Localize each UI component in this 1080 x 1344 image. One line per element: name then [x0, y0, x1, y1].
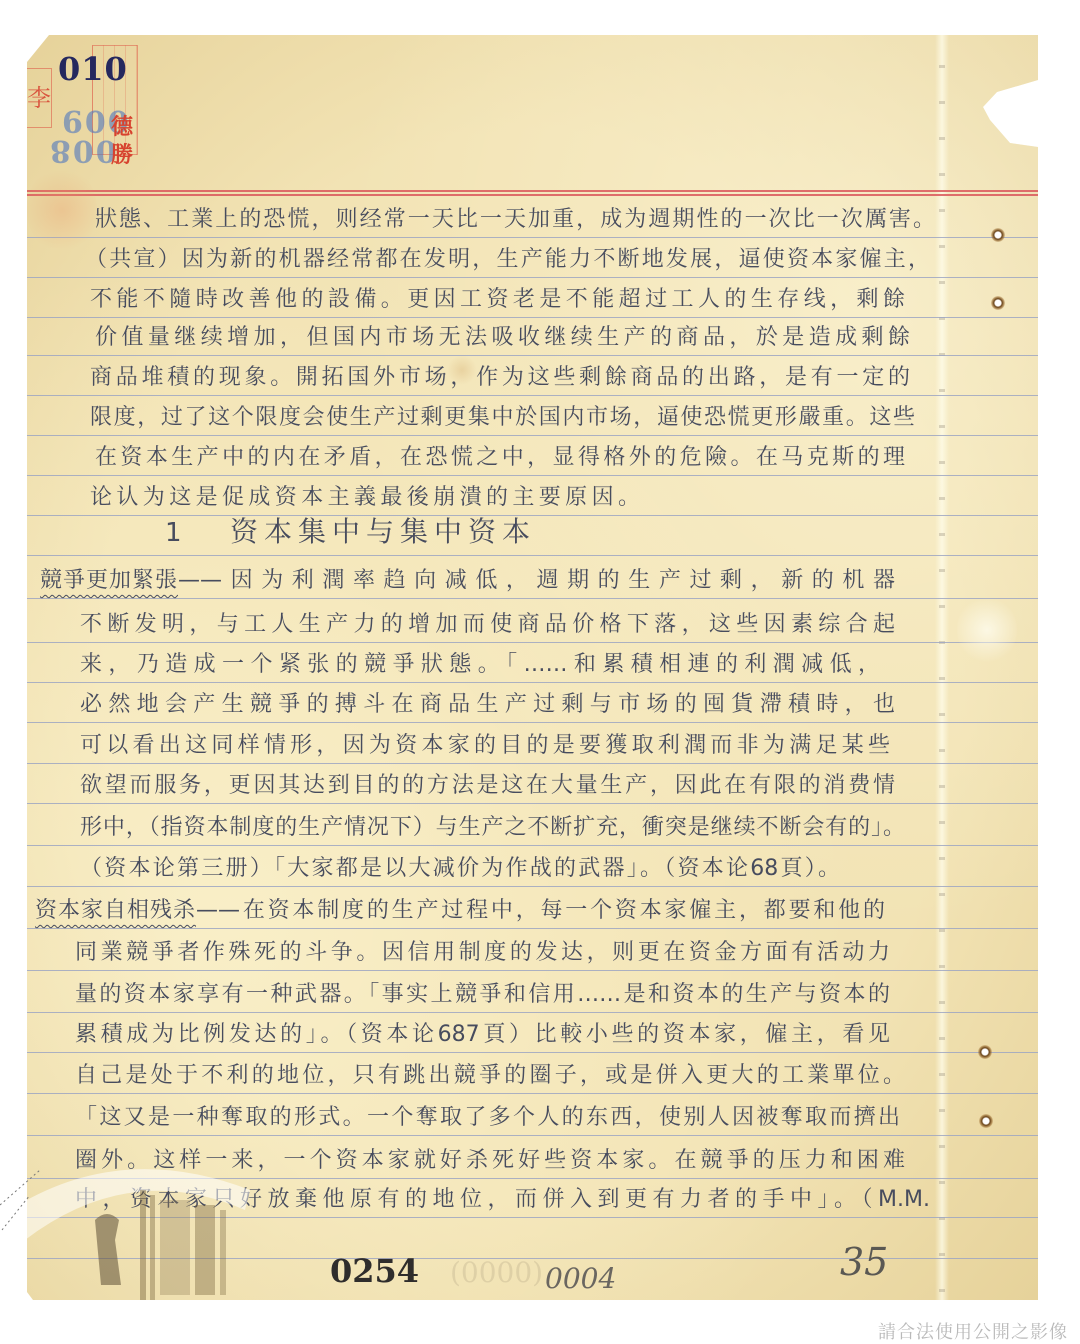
punch-hole	[978, 1045, 992, 1059]
ruled-line	[27, 970, 1038, 971]
ruled-line	[27, 277, 1038, 278]
ruled-line	[27, 355, 1038, 356]
red-seal-char: 德	[111, 110, 133, 141]
ruled-line	[27, 682, 1038, 683]
text-line: ——在资本制度的生产过程中，每一个资本家僱主，都要和他的	[196, 894, 885, 928]
paper-stain	[27, 165, 97, 255]
text-line: 可以看出这同样情形，因为资本家的目的是要獲取利潤而非为满足某些	[80, 729, 890, 763]
ruled-line	[27, 763, 1038, 764]
text-line: 在资本生产中的内在矛盾，在恐慌之中，显得格外的危險。在马克斯的理	[95, 441, 905, 475]
punch-hole	[991, 296, 1005, 310]
archive-logo-watermark	[0, 1150, 260, 1310]
text-line: 「这又是一种奪取的形式。一个奪取了多个人的东西，使别人因被奪取而擠出	[75, 1101, 900, 1135]
text-line: 狀態、工業上的恐慌，则经常一天比一天加重，成为週期性的一次比一次厲害。	[95, 203, 935, 237]
paragraph-line: 競爭更加緊張 ——因为利潤率趋向减低，週期的生产过剩，新的机器	[40, 564, 895, 604]
section-number: 1	[165, 518, 182, 548]
archive-number: 0254	[330, 1252, 419, 1290]
text-line: 价值量继续增加，但国内市场无法吸收继续生产的商品，於是造成剩餘	[95, 321, 910, 355]
text-line: 商品堆積的现象。開拓国外市场，作为这些剩餘商品的出路，是有一定的	[90, 361, 910, 395]
ruled-line	[27, 1052, 1038, 1053]
ruled-line	[27, 475, 1038, 476]
ruled-line	[27, 845, 1038, 846]
ruled-line	[27, 1093, 1038, 1094]
text-line: （资本论第三册）「大家都是以大减价为作战的武器」。（资本论68頁）。	[80, 852, 840, 886]
ruled-line	[27, 1012, 1038, 1013]
text-line: 必然地会产生競爭的搏斗在商品生产过剩与市场的囤貨滯積時，也	[80, 688, 895, 722]
ruled-line	[27, 555, 1038, 556]
faded-serial-stamp: 008	[48, 133, 117, 168]
ruled-line	[27, 435, 1038, 436]
text-line: 同業競爭者作殊死的斗争。因信用制度的发达，则更在资金方面有活动力	[75, 936, 890, 970]
punch-hole	[979, 1114, 993, 1128]
serial-stamp: 010	[58, 50, 128, 88]
ruled-line	[27, 515, 1038, 516]
ruled-line	[27, 317, 1038, 318]
text-line: ——因为利潤率趋向减低，週期的生产过剩，新的机器	[178, 564, 895, 598]
paragraph-lead: 競爭更加緊張	[40, 564, 178, 604]
section-heading: 资本集中与集中资本	[230, 512, 530, 552]
perforation-marks	[939, 35, 945, 1300]
pencil-number: 0004	[545, 1262, 616, 1295]
ruled-line	[27, 803, 1038, 804]
text-line: （共宣）因为新的机器经常都在发明，生产能力不断地发展，逼使资本家僱主，	[85, 243, 930, 277]
punch-hole	[991, 228, 1005, 242]
text-line: 自己是处于不利的地位，只有跳出競爭的圈子，或是併入更大的工業單位。	[75, 1059, 905, 1093]
page-number: 35	[840, 1240, 888, 1284]
ruled-line	[27, 1135, 1038, 1136]
text-line: 累積成为比例发达的」。（资本论687頁）比較小些的资本家，僱主，看见	[75, 1018, 890, 1052]
text-line: 来，乃造成一个紧张的競爭狀態。「……和累積相連的利潤减低，	[80, 648, 880, 682]
red-margin-rule	[27, 194, 1038, 196]
usage-notice-watermark: 請合法使用公開之影像	[878, 1318, 1068, 1344]
red-seal-char: 勝	[111, 138, 133, 169]
ruled-line	[27, 642, 1038, 643]
text-line: 论认为这是促成资本主義最後崩潰的主要原因。	[90, 481, 640, 515]
ruled-line	[27, 237, 1038, 238]
text-line: 形中，（指资本制度的生产情况下）与生产之不断扩充，衝突是继续不断会有的」。	[80, 811, 905, 845]
red-name-seal: 李	[27, 68, 52, 128]
paragraph-line: 资本家自相残杀 ——在资本制度的生产过程中，每一个资本家僱主，都要和他的	[35, 894, 885, 934]
text-line: 不能不隨時改善他的設備。更因工资老是不能超过工人的生存线，剩餘	[90, 283, 905, 317]
red-margin-rule	[27, 190, 1038, 192]
text-line: 量的资本家享有一种武器。「事实上競爭和信用……是和资本的生产与资本的	[75, 978, 890, 1012]
faint-number: (0000)	[450, 1256, 543, 1289]
text-line: 不断发明，与工人生产力的增加而使商品价格下落，这些因素综合起	[80, 608, 895, 642]
text-line: 限度，过了这个限度会使生产过剩更集中於国内市场，逼使恐慌更形嚴重。这些	[90, 401, 915, 435]
text-line: 欲望而服务，更因其达到目的的方法是这在大量生产，因此在有限的消费情	[80, 769, 895, 803]
paper-crease	[957, 595, 1017, 665]
ruled-line	[27, 886, 1038, 887]
ruled-line	[27, 395, 1038, 396]
ruled-line	[27, 722, 1038, 723]
paragraph-lead: 资本家自相残杀	[35, 894, 196, 934]
